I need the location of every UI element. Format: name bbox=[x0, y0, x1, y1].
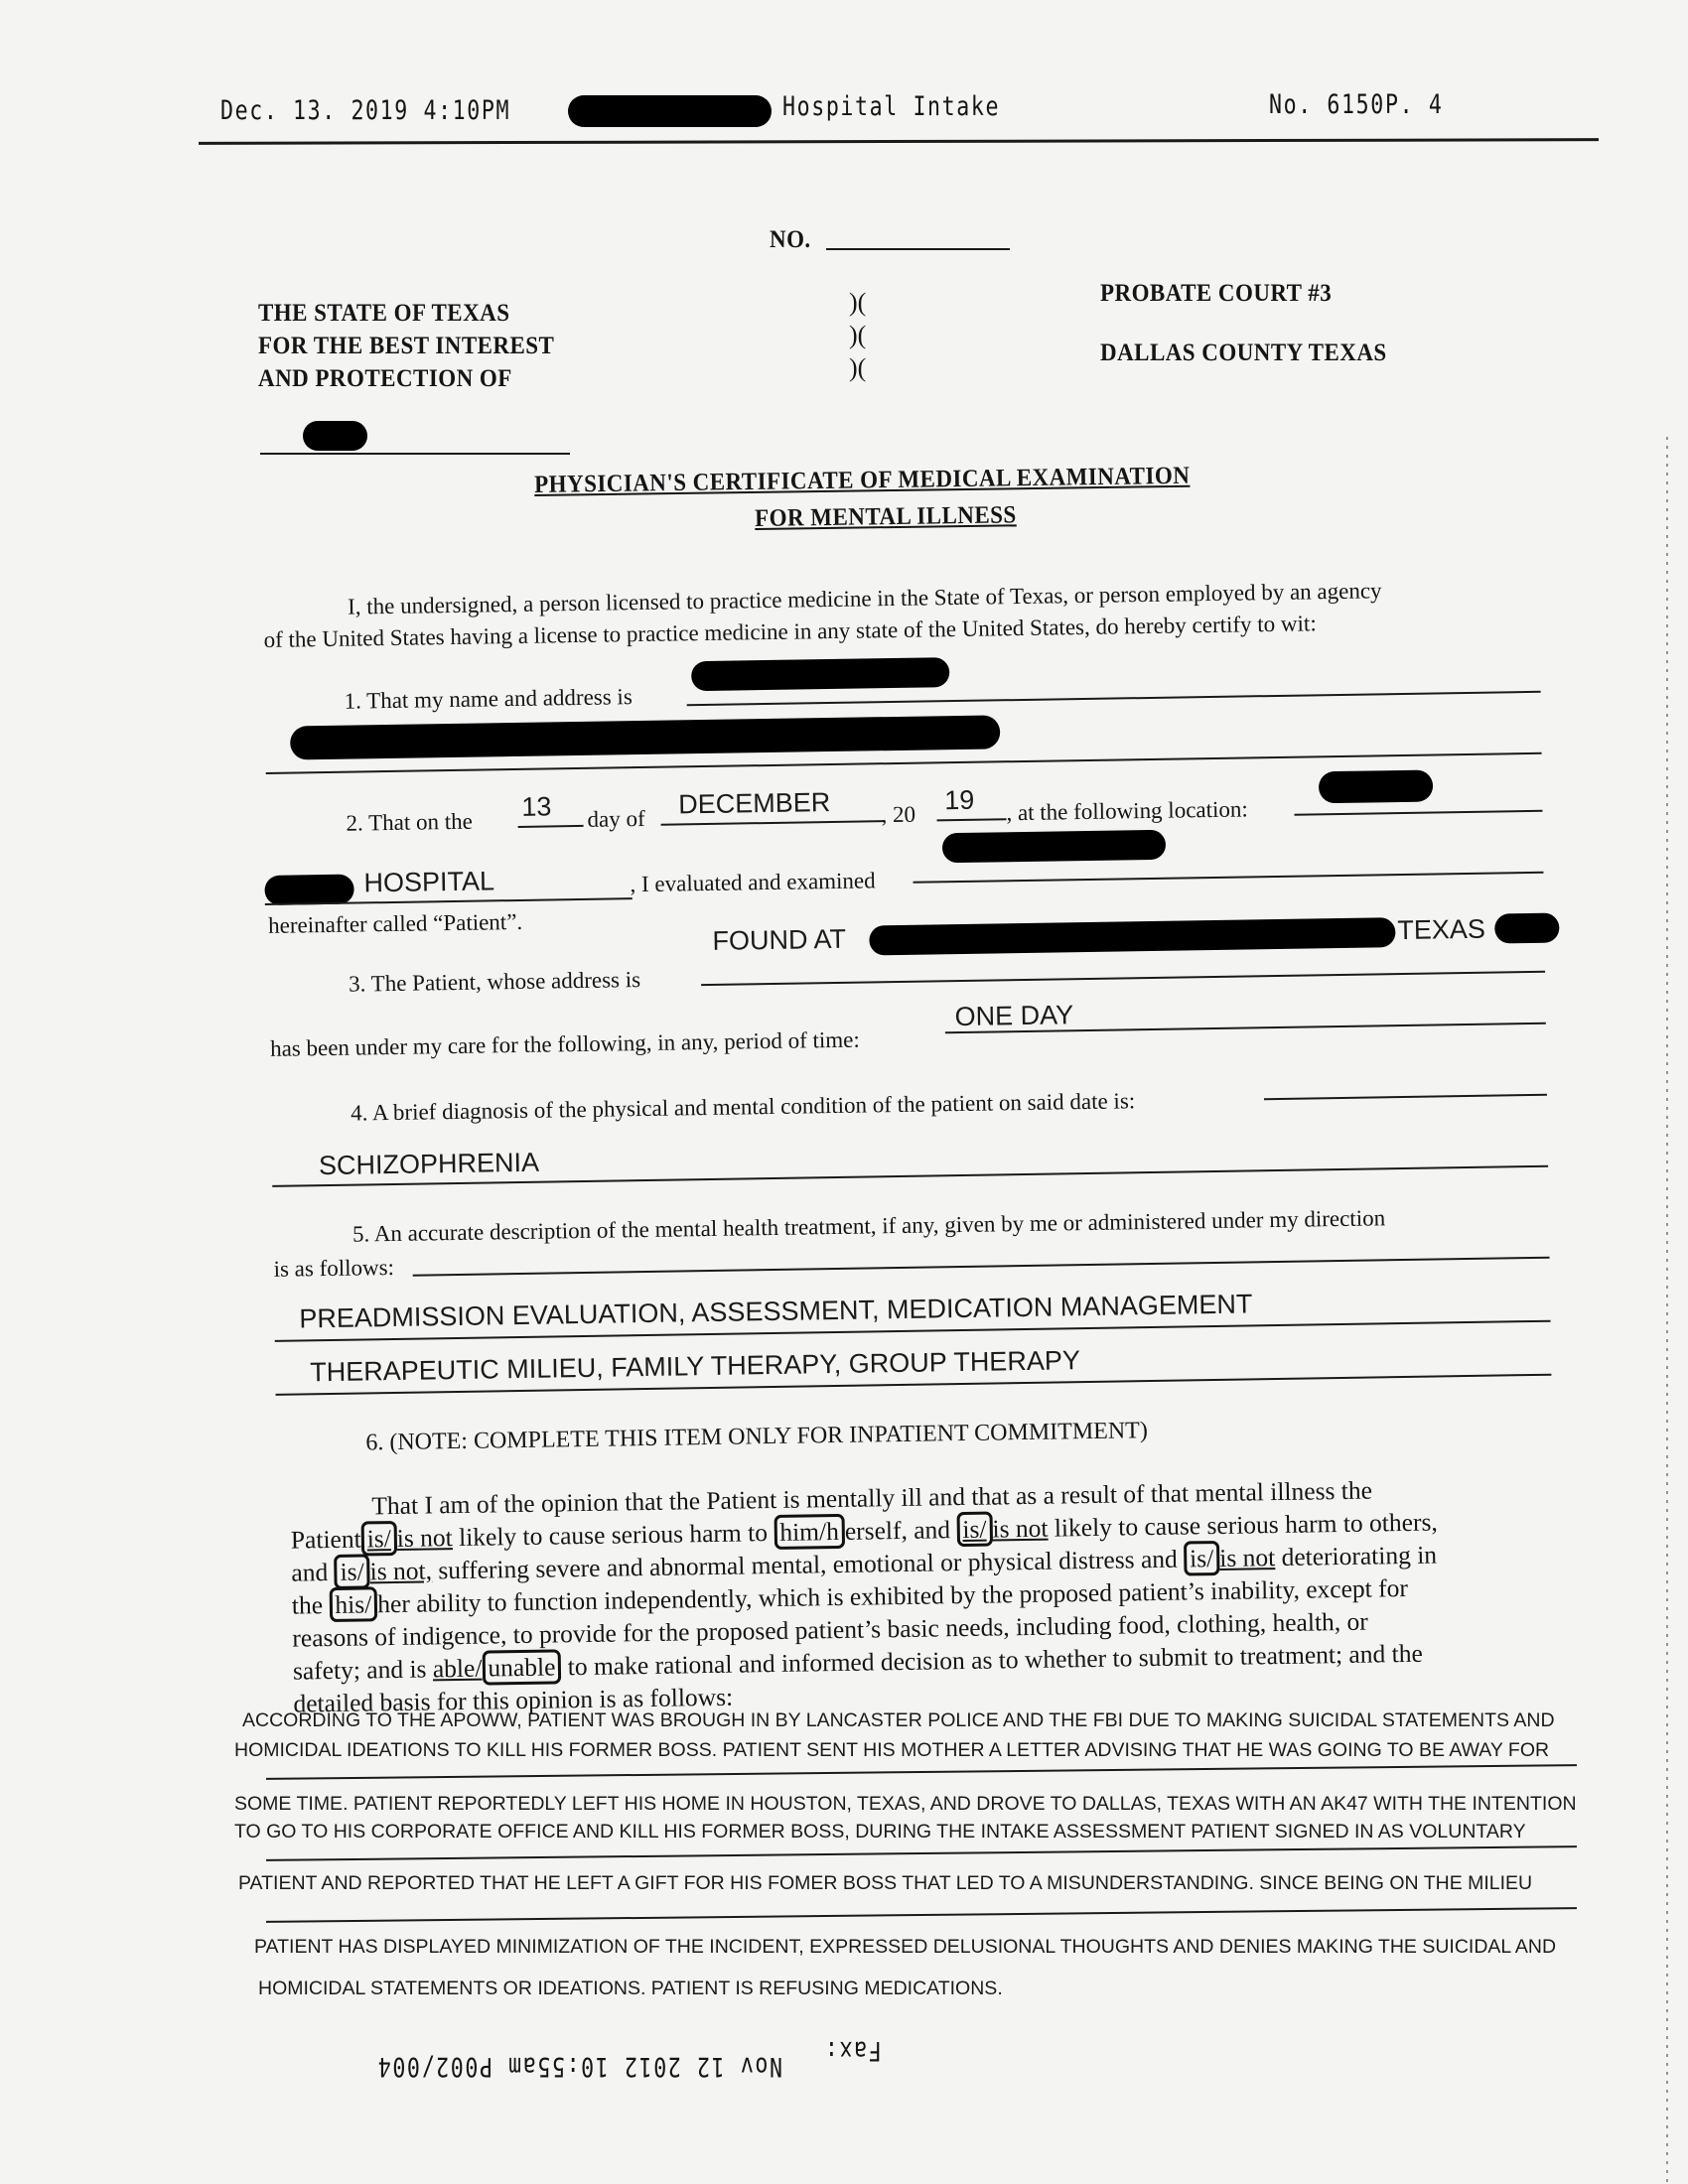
item2-month-value: DECEMBER bbox=[678, 787, 830, 820]
fax-sender: Hospital Intake bbox=[782, 91, 1000, 122]
opinion-text: Patient bbox=[291, 1525, 361, 1555]
item2-year-value: 19 bbox=[944, 785, 975, 816]
item4-diagnosis-value: SCHIZOPHRENIA bbox=[319, 1148, 539, 1181]
item1-label: 1. That my name and address is bbox=[344, 684, 633, 715]
redaction-patient-name bbox=[303, 421, 367, 451]
item4-label: 4. A brief diagnosis of the physical and… bbox=[351, 1088, 1135, 1126]
redaction-physician-address bbox=[290, 715, 1000, 759]
choice-unable: unable bbox=[482, 1649, 562, 1685]
basis-rule-1 bbox=[266, 1764, 1577, 1780]
fax-page: P. 4 bbox=[1385, 89, 1443, 120]
item5-label: 5. An accurate description of the mental… bbox=[352, 1205, 1385, 1247]
item5-treatment-value-2: THERAPEUTIC MILIEU, FAMILY THERAPY, GROU… bbox=[310, 1345, 1080, 1388]
opinion-text: able/ bbox=[433, 1654, 483, 1684]
document-title-line-1: PHYSICIAN'S CERTIFICATE OF MEDICAL EXAMI… bbox=[534, 463, 1190, 499]
item5-label-2: is as follows: bbox=[273, 1255, 394, 1283]
patient-name-line bbox=[260, 453, 570, 455]
scan-edge-artifact bbox=[1666, 437, 1668, 2184]
redaction-sender bbox=[568, 95, 772, 127]
caption-line-1: THE STATE OF TEXAS bbox=[258, 300, 509, 328]
county-name: DALLAS COUNTY TEXAS bbox=[1100, 340, 1387, 367]
item2-day-line bbox=[518, 825, 584, 828]
item2-day-label: day of bbox=[587, 806, 645, 833]
item3-address-line bbox=[701, 971, 1545, 986]
fax-number: No. 6150 bbox=[1269, 89, 1385, 120]
basis-line-6: PATIENT HAS DISPLAYED MINIMIZATION OF TH… bbox=[254, 1936, 1556, 1959]
item2-location-line bbox=[1295, 810, 1543, 816]
cause-number-label: NO. bbox=[770, 226, 811, 254]
redaction-physician-name bbox=[691, 657, 949, 691]
item2-year-line bbox=[937, 818, 1007, 821]
opinion-text: likely to cause serious harm to bbox=[453, 1518, 774, 1552]
opinion-text: is not bbox=[397, 1523, 453, 1553]
basis-line-2: HOMICIDAL IDEATIONS TO KILL HIS FORMER B… bbox=[234, 1739, 1549, 1762]
caption-separator-2: )( bbox=[849, 321, 866, 350]
redaction-address-zip bbox=[1494, 913, 1559, 944]
caption-separator-1: )( bbox=[849, 288, 866, 318]
item2-location-label: , at the following location: bbox=[1006, 796, 1248, 826]
opinion-text: is not bbox=[992, 1514, 1048, 1544]
fax-datetime: Dec. 13. 2019 4:10PM bbox=[220, 95, 510, 126]
opinion-text: deteriorating in bbox=[1275, 1541, 1437, 1572]
item5-line-1 bbox=[413, 1257, 1550, 1277]
cause-number-line bbox=[826, 248, 1010, 250]
item4-line-1 bbox=[1264, 1094, 1547, 1100]
item6-opinion-paragraph: That I am of the opinion that the Patien… bbox=[290, 1470, 1574, 1719]
choice-deteriorating-is: is/ bbox=[1184, 1541, 1220, 1576]
basis-rule-2 bbox=[266, 1845, 1577, 1861]
choice-harm-self-is: is/ bbox=[360, 1521, 397, 1557]
caption-line-3: AND PROTECTION OF bbox=[258, 365, 512, 393]
upside-down-fax-stamp: Nov 12 2012 10:55am P002/004 bbox=[376, 2051, 782, 2082]
item6-note: 6. (NOTE: COMPLETE THIS ITEM ONLY FOR IN… bbox=[365, 1418, 1148, 1456]
caption-separator-3: )( bbox=[849, 353, 866, 383]
choice-pronoun-him: him/h bbox=[774, 1514, 845, 1550]
caption-line-2: FOR THE BEST INTEREST bbox=[258, 333, 554, 360]
redaction-location bbox=[1319, 769, 1433, 803]
item2-examined-line bbox=[914, 872, 1544, 884]
item3-address-suffix: TEXAS bbox=[1397, 914, 1485, 946]
item2-hereinafter: hereinafter called “Patient”. bbox=[268, 909, 522, 939]
basis-rule-3 bbox=[266, 1907, 1577, 1923]
item2-prefix: 2. That on the bbox=[346, 809, 473, 837]
item1-line-1 bbox=[687, 691, 1541, 707]
choice-pronoun-his: his/ bbox=[329, 1586, 377, 1622]
opinion-text: safety; and is bbox=[293, 1654, 433, 1685]
item2-facility-value: HOSPITAL bbox=[363, 866, 494, 898]
item2-month-line bbox=[661, 820, 885, 826]
redaction-patient-address bbox=[869, 917, 1395, 955]
opinion-text: the bbox=[292, 1590, 330, 1620]
court-name: PROBATE COURT #3 bbox=[1100, 280, 1332, 308]
item3-label: 3. The Patient, whose address is bbox=[349, 967, 640, 998]
basis-line-4: TO GO TO HIS CORPORATE OFFICE AND KILL H… bbox=[234, 1821, 1526, 1843]
item3-address-prefix: FOUND AT bbox=[712, 924, 846, 957]
basis-line-1: ACCORDING TO THE APOWW, PATIENT WAS BROU… bbox=[242, 1709, 1555, 1732]
item2-year-prefix: , 20 bbox=[881, 802, 915, 829]
item3-care-label: has been under my care for the following… bbox=[270, 1027, 860, 1062]
redaction-patient-examined bbox=[942, 830, 1166, 864]
opinion-text: likely to cause serious harm to others, bbox=[1048, 1508, 1438, 1543]
opinion-text: and bbox=[291, 1558, 335, 1587]
document-title-line-2: FOR MENTAL ILLNESS bbox=[755, 501, 1017, 533]
opinion-text: is not, bbox=[369, 1556, 432, 1585]
item2-day-value: 13 bbox=[521, 791, 552, 822]
upside-down-fax-label: Fax: bbox=[823, 2035, 881, 2066]
basis-line-5: PATIENT AND REPORTED THAT HE LEFT A GIFT… bbox=[238, 1872, 1532, 1895]
header-divider bbox=[199, 138, 1599, 145]
redaction-hospital-name bbox=[264, 875, 353, 905]
item2-examined-label: , I evaluated and examined bbox=[630, 868, 876, 897]
item3-care-value: ONE DAY bbox=[954, 1000, 1073, 1032]
opinion-text: erself, and bbox=[845, 1515, 957, 1546]
opinion-text: is not bbox=[1219, 1543, 1275, 1572]
choice-suffering-is: is/ bbox=[334, 1554, 370, 1589]
basis-line-3: SOME TIME. PATIENT REPORTEDLY LEFT HIS H… bbox=[234, 1793, 1577, 1816]
choice-harm-others-is: is/ bbox=[956, 1512, 993, 1548]
basis-line-7: HOMICIDAL STATEMENTS OR IDEATIONS. PATIE… bbox=[258, 1978, 1003, 2000]
